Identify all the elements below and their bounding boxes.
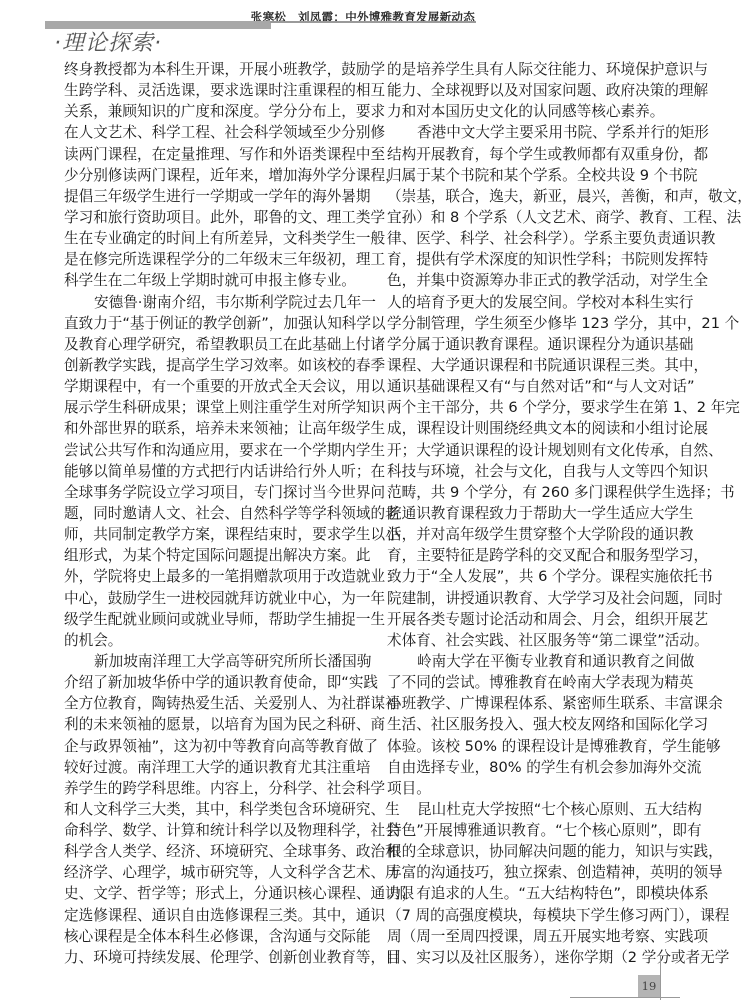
text-line: 少分别修读两门课程，近年来，增加海外学分课程， <box>64 165 366 186</box>
text-line: 人的培育予更大的发展空间。学校对本科生实行 <box>387 292 687 313</box>
text-line: 创新教学实践，提高学生学习效率。如该校的春季 <box>64 355 366 376</box>
text-line: 力、环境可持续发展、伦理学、创新创业教育等，目 <box>64 947 366 968</box>
text-line: 院建制，讲授通识教育、大学学习及社会问题，同时 <box>387 588 687 609</box>
text-line: 生在专业确定的时间上有所差异，文科类学生一般 <box>64 228 366 249</box>
text-line: 香港中文大学主要采用书院、学系并行的矩形 <box>387 122 687 143</box>
text-line: 了不同的尝试。博雅教育在岭南大学表现为精英 <box>387 672 687 693</box>
header-rule <box>270 21 476 23</box>
text-line: 提倡三年级学生进行一学期或一学年的海外暑期 <box>64 186 366 207</box>
text-line: 特色”开展博雅通识教育。“七个核心原则”，即有 <box>387 820 687 841</box>
text-line: 命科学、数学、计算和统计科学以及物理科学，社会 <box>64 820 366 841</box>
text-line: 学分制管理，学生须至少修毕 123 学分，其中，21 个 <box>387 313 687 334</box>
text-line: 经济学、心理学，城市研究等，人文科学含艺术、历 <box>64 862 366 883</box>
text-line: 生跨学科、灵活选课，要求选课时注重课程的相互 <box>64 80 366 101</box>
text-line: 养学生的跨学科思维。内容上，分科学、社会科学 <box>64 778 366 799</box>
text-line: 开；大学通识课程的设计规划则有文化传承，自然、 <box>387 440 687 461</box>
text-line: 两个主干部分，共 6 个学分，要求学生在第 1、2 年完 <box>387 397 687 418</box>
text-line: 育，提供有学术深度的知识性学科；书院则发挥特 <box>387 249 687 270</box>
text-line: 定选修课程、通识自由选修课程三类。其中，通识 <box>64 905 366 926</box>
text-line: 力和对本国历史文化的认同感等核心素养。 <box>387 101 687 122</box>
text-line: 全方位教育，陶铸热爱生活、关爱别人、为社群谋福 <box>64 693 366 714</box>
text-line: 展示学生科研成果；课堂上则注重学生对所学知识 <box>64 397 366 418</box>
left-text-column: 终身教授都为本科生开课，开展小班教学，鼓励学生跨学科、灵活选课，要求选课时注重课… <box>64 59 366 968</box>
text-line: 项目。 <box>387 778 687 799</box>
text-line: 和外部世界的联系，培养未来领袖；让高年级学生 <box>64 418 366 439</box>
text-line: 结构开展教育，每个学生或教师都有双重身份，都 <box>387 144 687 165</box>
text-line: 根的全球意识，协同解决问题的能力，知识与实践， <box>387 841 687 862</box>
text-line: 企与政界领袖”，这为初中等教育向高等教育做了 <box>64 736 366 757</box>
text-line: 尝试公共写作和沟通应用，要求在一个学期内学生 <box>64 440 366 461</box>
text-line: 外，学院将史上最多的一笔捐赠款项用于改造就业 <box>64 566 366 587</box>
text-line: 利的未来领袖的愿景，以培育为国为民之科研、商 <box>64 714 366 735</box>
text-line: （崇基，联合，逸夫，新亚，晨兴，善衡，和声，敬文，伍 <box>387 186 687 207</box>
text-line: 科技与环境，社会与文化，自我与人文等四个知识 <box>387 461 687 482</box>
text-line: 昆山杜克大学按照“七个核心原则、五大结构 <box>387 799 687 820</box>
text-line: 课程、大学通识课程和书院通识课程三类。其中， <box>387 355 687 376</box>
text-line: 直致力于“基于例证的教学创新”，加强认知科学以 <box>64 313 366 334</box>
text-line: 能够以简单易懂的方式把行内话讲给行外人听；在 <box>64 461 366 482</box>
text-line: 能力、全球视野以及对国家问题、政府决策的理解 <box>387 80 687 101</box>
text-line: 小班教学、广博课程体系、紧密师生联系、丰富课余 <box>387 693 687 714</box>
text-line: 科学生在二年级上学期时就可申报主修专业。 <box>64 270 366 291</box>
text-line: 科学含人类学、经济、环境研究、全球事务、政治和 <box>64 841 366 862</box>
text-line: 宜孙）和 8 个学系（人文艺术、商学、教育、工程、法 <box>387 207 687 228</box>
text-line: 的是培养学生具有人际交往能力、环境保护意识与 <box>387 59 687 80</box>
text-line: 丰富的沟通技巧，独立探索、创造精神，英明的领导 <box>387 862 687 883</box>
text-line: 院通识教育课程致力于帮助大一学生适应大学生 <box>387 503 687 524</box>
text-line: 自由选择专业，80% 的学生有机会参加海外交流 <box>387 757 687 778</box>
text-line: 体验。该校 50% 的课程设计是博雅教育，学生能够 <box>387 736 687 757</box>
text-line: 开展各类专题讨论活动和周会、月会，组织开展艺 <box>387 609 687 630</box>
text-line: 致力于“全人发展”，共 6 个学分。课程实施依托书 <box>387 566 687 587</box>
text-line: 的机会。 <box>64 630 366 651</box>
text-line: 力，有追求的人生。“五大结构特色”，即模块体系 <box>387 883 687 904</box>
text-line: 介绍了新加坡华侨中学的通识教育使命，即“实践 <box>64 672 366 693</box>
text-line: 活，并对高年级学生贯穿整个大学阶段的通识教 <box>387 524 687 545</box>
text-line: 在人文艺术、科学工程、社会科学领域至少分别修 <box>64 122 366 143</box>
text-line: 学期课程中，有一个重要的开放式全天会议，用以 <box>64 376 366 397</box>
text-line: 读两门课程，在定量推理、写作和外语类课程中至 <box>64 144 366 165</box>
section-label: ·理论探索· <box>54 26 162 57</box>
text-line: 和人文科学三大类，其中，科学类包含环境研究、生 <box>64 799 366 820</box>
text-line: 术体育、社会实践、社区服务等“第二课堂”活动。 <box>387 630 687 651</box>
text-line: 安德鲁·谢南介绍，韦尔斯利学院过去几年一 <box>64 292 366 313</box>
text-line: 成，课程设计则围绕经典文本的阅读和小组讨论展 <box>387 418 687 439</box>
text-line: 育，主要特征是跨学科的交叉配合和服务型学习， <box>387 545 687 566</box>
footer-rule <box>570 997 680 998</box>
text-line: 及教育心理学研究，希望教职员工在此基础上付诸 <box>64 334 366 355</box>
text-line: 周（周一至周四授课，周五开展实地考察、实践项 <box>387 926 687 947</box>
text-line: 是在修完所选课程学分的二年级末三年级初，理工 <box>64 249 366 270</box>
text-line: （7 周的高强度模块，每模块下学生修习两门），课程 <box>387 905 687 926</box>
text-line: 学习和旅行资助项目。此外，耶鲁的文、理工类学 <box>64 207 366 228</box>
text-line: 题，同时邀请人文、社会、自然科学等学科领域的老 <box>64 503 366 524</box>
text-line: 岭南大学在平衡专业教育和通识教育之间做 <box>387 651 687 672</box>
text-line: 级学生配就业顾问或就业导师，帮助学生捕捉一生 <box>64 609 366 630</box>
text-line: 归属于某个书院和某个学系。全校共设 9 个书院 <box>387 165 687 186</box>
text-line: 全球事务学院设立学习项目，专门探讨当今世界问 <box>64 482 366 503</box>
text-line: 中心，鼓励学生一进校园就拜访就业中心，为一年 <box>64 588 366 609</box>
text-line: 生活、社区服务投入、强大校友网络和国际化学习 <box>387 714 687 735</box>
text-line: 组形式，为某个特定国际问题提出解决方案。此 <box>64 545 366 566</box>
text-line: 范畴，共 9 个学分，有 260 多门课程供学生选择；书 <box>387 482 687 503</box>
text-line: 较好过渡。南洋理工大学的通识教育尤其注重培 <box>64 757 366 778</box>
text-line: 关系，兼顾知识的广度和深度。学分分布上，要求 <box>64 101 366 122</box>
footer-vertical-rule <box>660 955 661 1000</box>
text-line: 色，并集中资源筹办非正式的教学活动，对学生全 <box>387 270 687 291</box>
text-line: 史、文学、哲学等；形式上，分通识核心课程、通识限 <box>64 883 366 904</box>
text-line: 目、实习以及社区服务），迷你学期（2 学分或者无学 <box>387 947 687 968</box>
right-text-column: 的是培养学生具有人际交往能力、环境保护意识与能力、全球视野以及对国家问题、政府决… <box>387 59 687 968</box>
text-line: 律、医学、科学、社会科学）。学系主要负责通识教 <box>387 228 687 249</box>
text-line: 终身教授都为本科生开课，开展小班教学，鼓励学 <box>64 59 366 80</box>
text-line: 学分属于通识教育课程。通识课程分为通识基础 <box>387 334 687 355</box>
text-line: 通识基础课程又有“与自然对话”和“与人文对话” <box>387 376 687 397</box>
text-line: 核心课程是全体本科生必修课，含沟通与交际能 <box>64 926 366 947</box>
text-line: 新加坡南洋理工大学高等研究所所长潘国驹 <box>64 651 366 672</box>
text-line: 师，共同制定教学方案，课程结束时，要求学生以小 <box>64 524 366 545</box>
page-number: 19 <box>638 975 660 997</box>
